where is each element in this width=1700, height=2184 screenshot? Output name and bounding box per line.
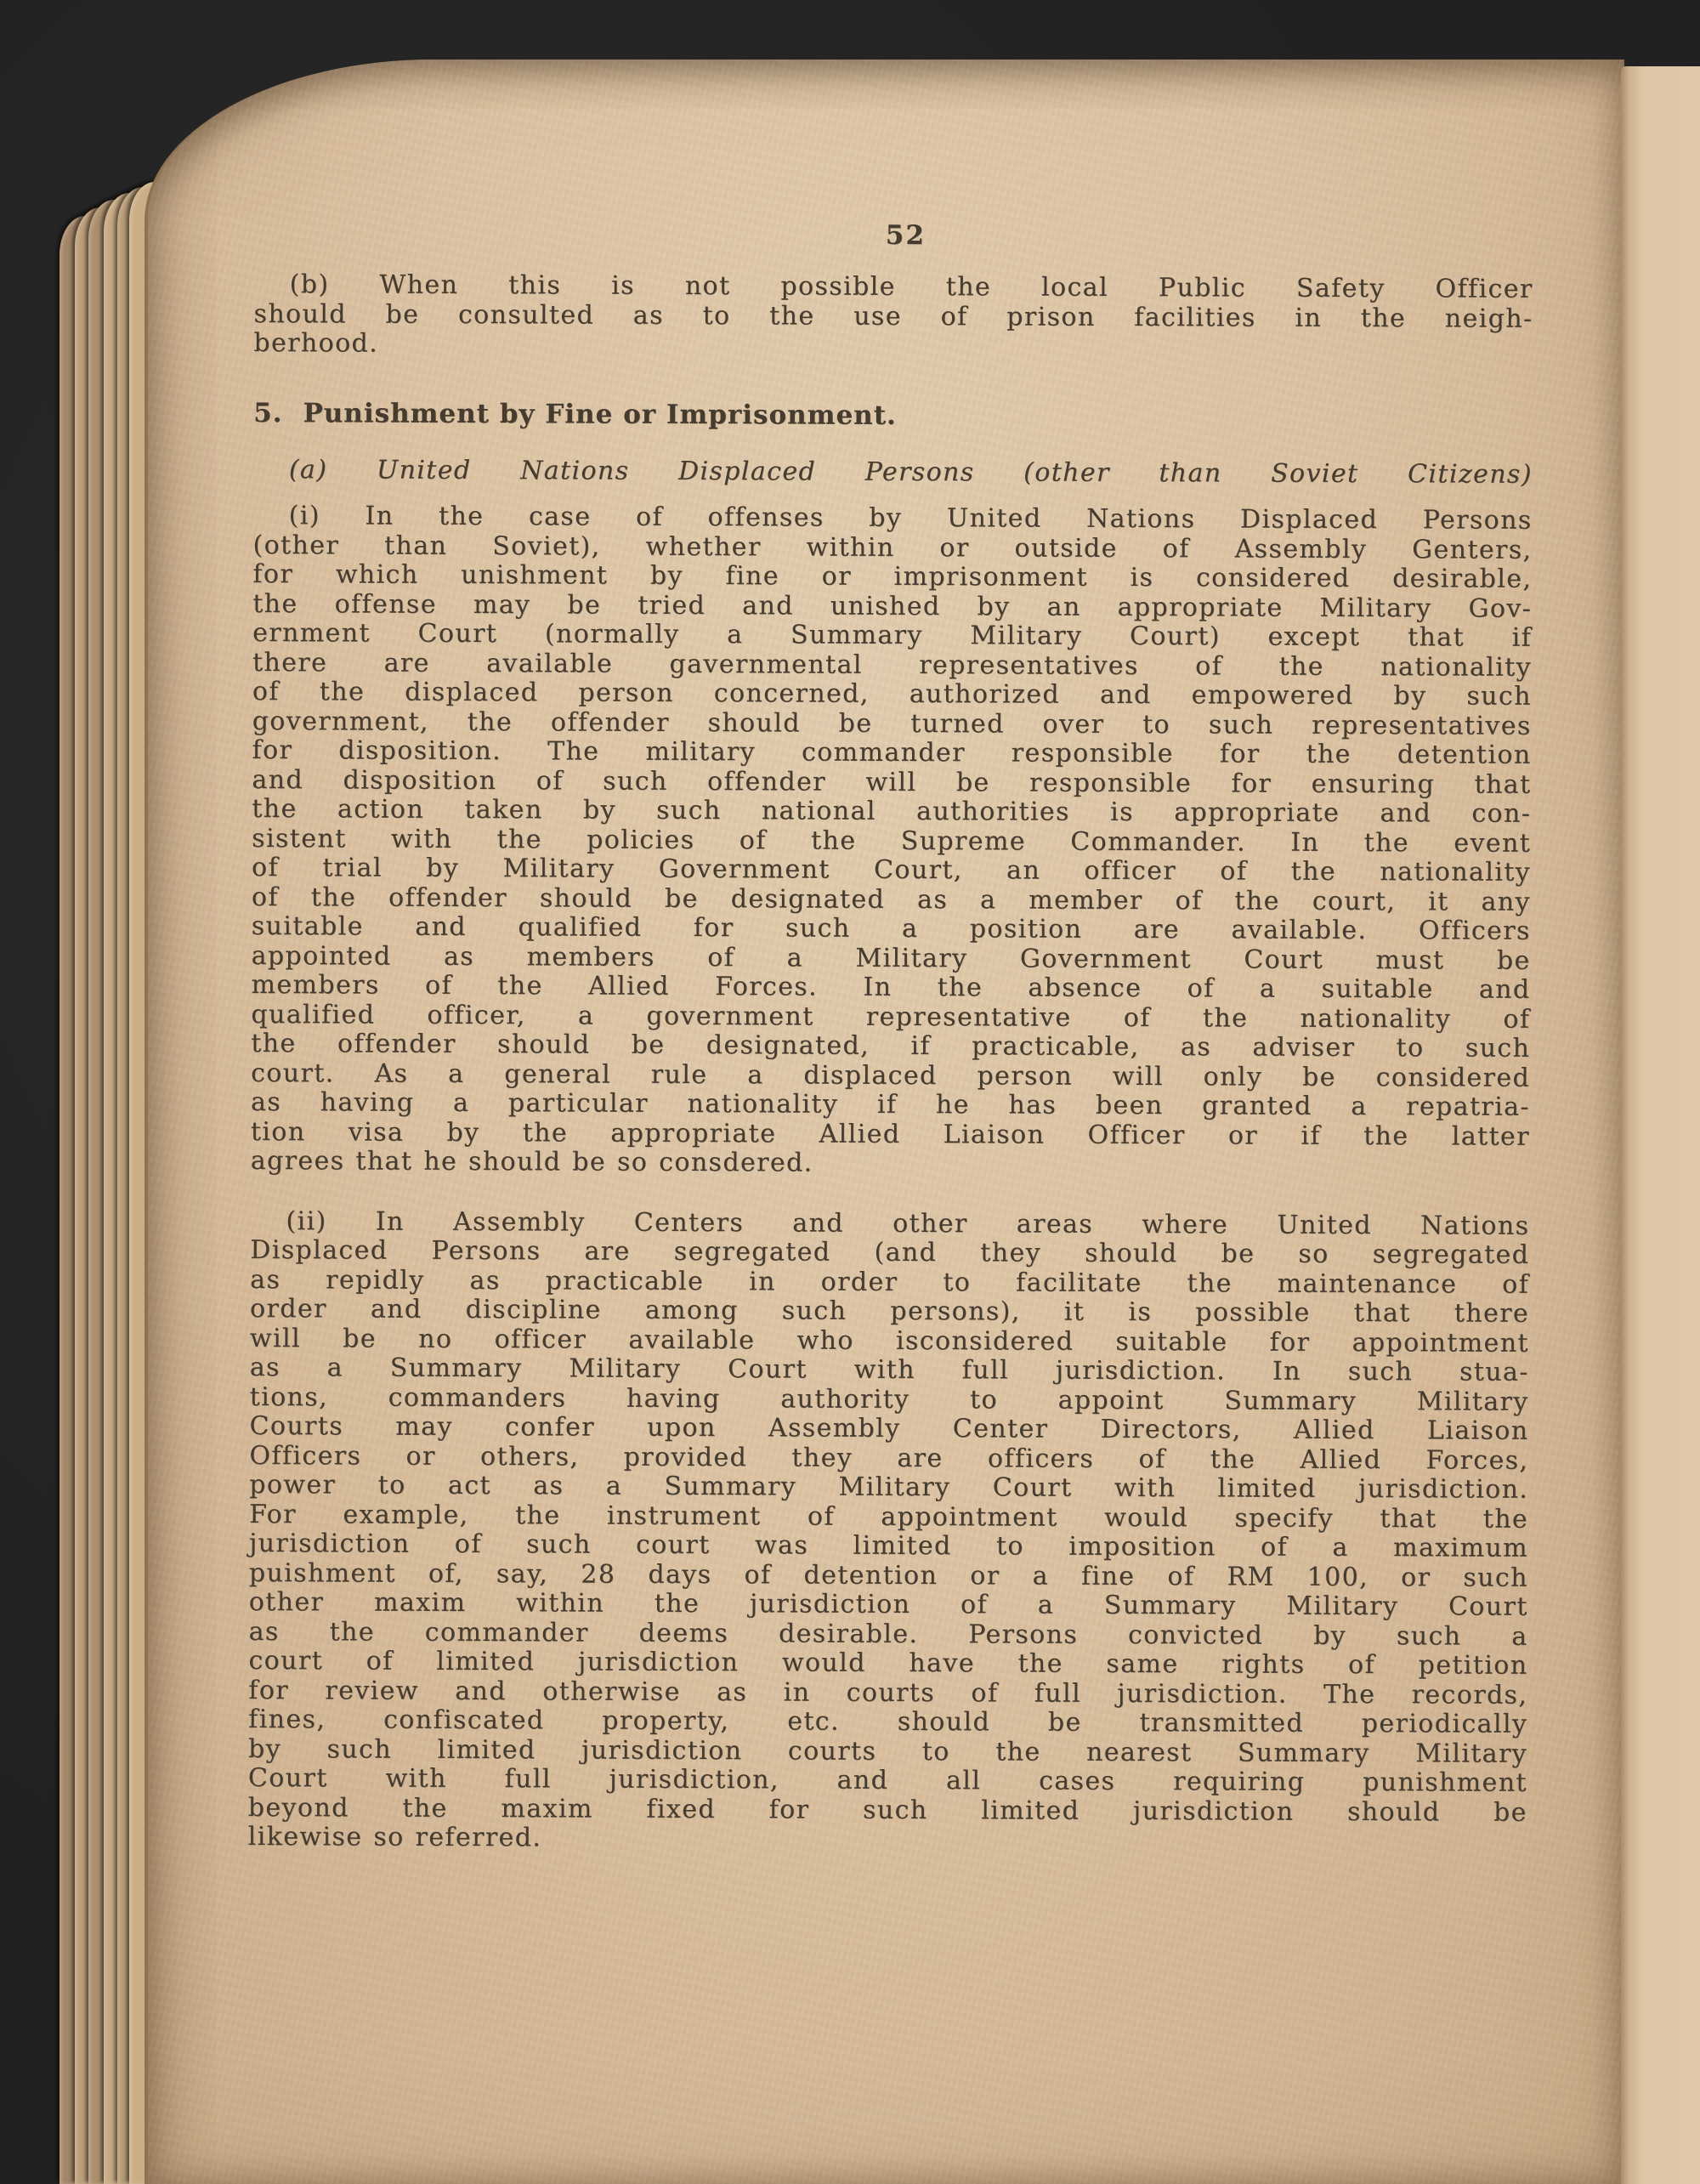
text-line: likewise so referred. bbox=[248, 1823, 1527, 1857]
text-line: berhood. bbox=[253, 329, 1533, 363]
adjacent-page-edge bbox=[1621, 66, 1700, 2184]
text-line: agrees that he should be so consdered. bbox=[251, 1147, 1530, 1181]
text-blocks: (b) When this is not possible the local … bbox=[248, 270, 1533, 1857]
paragraph-i: (i) In the case of offenses by United Na… bbox=[251, 502, 1533, 1181]
book-scan: 52 (b) When this is not possible the loc… bbox=[0, 0, 1700, 2184]
section-number: 5. bbox=[253, 397, 283, 428]
page-number: 52 bbox=[266, 218, 1545, 253]
text-line: should be consulted as to the use of pri… bbox=[253, 299, 1533, 333]
page-content: 52 (b) When this is not possible the loc… bbox=[248, 218, 1533, 1857]
paragraph-b: (b) When this is not possible the local … bbox=[253, 270, 1533, 363]
paragraph-ii: (ii) In Assembly Centers and other areas… bbox=[248, 1206, 1530, 1857]
section-5-heading: 5.Punishment by Fine or Imprisonment. bbox=[253, 397, 1533, 433]
section-title: Punishment by Fine or Imprisonment. bbox=[303, 398, 897, 431]
subsection-a-heading: (a) United Nations Displaced Persons (ot… bbox=[253, 455, 1533, 489]
text-line: (a) United Nations Displaced Persons (ot… bbox=[253, 455, 1533, 489]
book-page: 52 (b) When this is not possible the loc… bbox=[144, 60, 1624, 2184]
